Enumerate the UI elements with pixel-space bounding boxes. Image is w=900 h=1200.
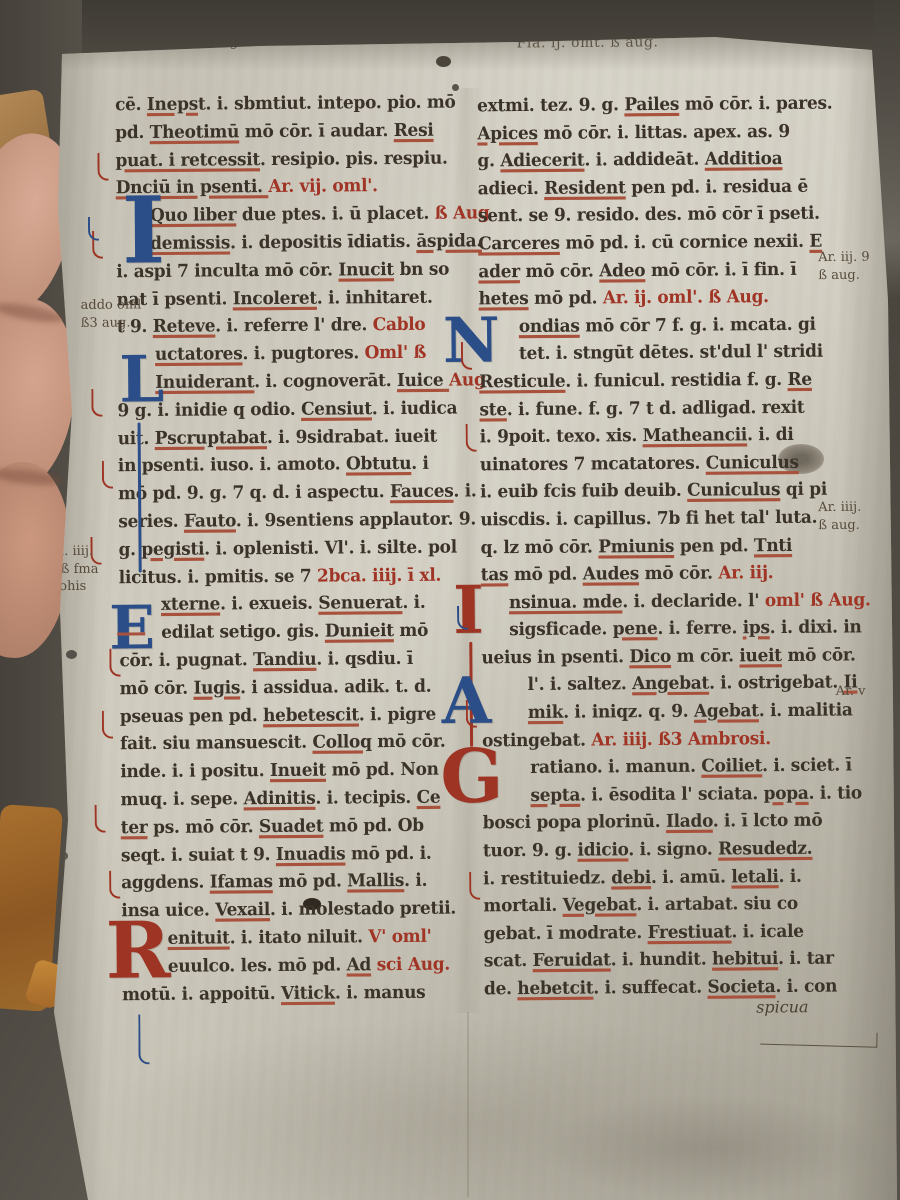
text-segment: . i. <box>453 481 476 502</box>
text-segment: Coiliet <box>701 756 762 777</box>
text-segment: Iugis <box>193 677 240 698</box>
text-line: Apices mō cōr. i. littas. apex. as. 9 <box>477 121 839 153</box>
text-line: 9 g. i. inidie q odio. Censiut. i. iudic… <box>117 398 467 430</box>
text-segment: mō pd. Ob <box>323 815 424 837</box>
text-segment: de. <box>484 978 518 999</box>
text-segment: mō cōr. <box>782 645 856 666</box>
catchword: spicua <box>756 997 809 1016</box>
text-segment: . i. itato niluit. <box>230 927 369 949</box>
text-segment: . i <box>411 454 429 475</box>
text-segment: Obtutu <box>346 454 411 475</box>
text-segment: Ar. ij. oml'. ß Aug. <box>603 287 769 309</box>
text-segment: t. i. sbmtiut. intepo. pio. mō <box>198 92 456 115</box>
text-segment: Resident <box>544 177 626 198</box>
text-segment: . i. oplenisti. Vl'. i. silte. pol <box>204 537 457 560</box>
text-line: tas mō pd. Audes mō cōr. Ar. iij. <box>481 562 843 594</box>
text-segment: Pmiunis <box>598 536 674 557</box>
text-segment: nsinua. mde <box>509 591 623 613</box>
initial-letter-I: I <box>122 194 166 268</box>
text-segment: . i. manus <box>335 982 426 1004</box>
text-segment: extmi. tez. 9. g. <box>477 95 624 117</box>
text-segment: . i. ī lcto mō <box>713 811 823 833</box>
pen-flourish-mark <box>461 342 472 370</box>
text-segment: uinatores 7 mcatatores. <box>480 453 706 476</box>
text-line: tet. i. stngūt dētes. st'dul l' stridi <box>479 341 841 373</box>
text-segment: Adiecerit <box>500 150 584 171</box>
text-segment: V' oml' <box>368 926 431 947</box>
text-segment: q. lz mō cōr. <box>480 536 598 558</box>
text-segment: . i. tio <box>808 783 862 804</box>
text-segment: . i. 9sidrabat. iueit <box>267 426 437 448</box>
pen-flourish-mark <box>466 700 477 728</box>
text-segment: . i. funicul. restidia f. g. <box>565 369 787 392</box>
text-segment: popa <box>764 783 809 804</box>
text-segment: Iuice <box>397 370 449 391</box>
text-segment: Ad <box>346 954 371 975</box>
text-segment: tuor. 9. g. <box>483 840 578 862</box>
text-segment: Tnti <box>754 535 792 556</box>
text-segment: sent. se 9. resido. des. mō cōr ī pseti. <box>478 203 820 226</box>
text-segment: mō pd. <box>528 288 603 309</box>
text-segment: mō pd. <box>508 564 583 585</box>
text-segment: i. 9poit. texo. xis. <box>480 426 643 448</box>
text-segment: ondias <box>519 316 580 337</box>
text-line: pd. Theotimū mō cōr. ī audar. Resi <box>115 120 465 152</box>
text-segment: Theotimū <box>150 121 240 143</box>
text-line: i. euib fcis fuib deuib. Cuniculus qi pi <box>480 479 842 511</box>
text-line: bosci popa plorinū. Ilado. i. ī lcto mō <box>483 810 845 842</box>
text-segment: . i. sciet. ī <box>762 755 852 777</box>
text-segment: . i. signo. <box>628 839 718 861</box>
text-line: ratiano. i. manun. Coiliet. i. sciet. ī <box>482 755 844 787</box>
text-segment: Adinitis <box>244 788 316 809</box>
text-segment: . i assidua. adik. t. d. <box>240 676 431 698</box>
text-segment: . i. molestado pretii. <box>270 898 456 920</box>
margin-note-line: Ar. iiij. <box>818 499 861 517</box>
text-line: muq. i. sepe. Adinitis. i. tecipis. Ce <box>120 787 470 819</box>
text-segment: due ptes. i. ū placet. <box>236 203 435 225</box>
text-segment: Carceres <box>478 233 560 254</box>
text-segment: Ar. iiij. ß3 Ambrosi. <box>591 728 771 750</box>
text-segment: . i. inhitaret. <box>317 287 433 309</box>
text-segment: Senuerat <box>318 593 402 614</box>
text-segment: oml' ß Aug. <box>765 589 871 611</box>
text-segment: enituit <box>168 928 230 949</box>
text-segment: i. restituiedz. <box>483 867 611 889</box>
text-segment: uit. <box>118 428 155 449</box>
margin-note: addo oml'ß3 aug. <box>81 296 146 332</box>
margin-note-line: Ar. iij. 9 <box>818 249 869 267</box>
text-segment: puat. i retcessit <box>115 149 260 171</box>
text-segment: ratiano. i. manun. <box>530 756 701 778</box>
margin-note-line: addo oml' <box>81 296 145 314</box>
text-column-right: extmi. tez. 9. g. Pailes mō cōr. i. pare… <box>477 93 846 1006</box>
text-segment: bosci popa plorinū. <box>483 812 666 834</box>
text-segment: Reteve <box>153 316 216 337</box>
text-segment: uctatores <box>155 344 243 365</box>
text-segment: mō pd. i. <box>345 843 431 864</box>
text-segment: . i. ferre. <box>657 618 742 639</box>
text-segment: Ce <box>417 787 441 808</box>
text-segment: mō pd. 9. g. 7 q. d. i aspectu. <box>118 482 390 505</box>
text-segment: . i. 9sentiens applautor. 9. <box>236 509 476 532</box>
text-segment: Cuniculus <box>687 480 780 502</box>
text-segment: hebetescit <box>263 704 359 726</box>
text-segment: pene <box>613 619 658 640</box>
text-segment: edilat setigo. gis. <box>161 621 325 643</box>
text-segment: gebat. ī modrate. <box>483 922 647 944</box>
pen-flourish-mark <box>91 389 102 417</box>
text-segment: ader <box>478 261 520 282</box>
pen-flourish-mark <box>138 1014 149 1064</box>
initial-letter-R: R <box>105 920 170 983</box>
text-line: ter ps. mō cōr. Suadet mō pd. Ob <box>121 815 471 847</box>
text-segment: 2bca. iiij. ī xl. <box>317 565 441 587</box>
text-line: euulco. les. mō pd. Ad sci Aug. <box>122 954 472 986</box>
text-segment: xterne <box>161 594 220 615</box>
text-segment: Tandiu <box>253 649 316 670</box>
text-segment: scat. <box>484 951 533 972</box>
text-segment: mō cōr 7 f. g. i. mcata. gi <box>580 314 816 337</box>
text-segment: in psenti. iuso. i. amoto. <box>118 454 346 477</box>
margin-note-line: Ar. v <box>836 683 866 701</box>
text-line: q. lz mō cōr. Pmiunis pen pd. Tnti <box>480 534 842 566</box>
text-segment: . i. referre l' dre. <box>215 315 373 337</box>
text-segment: Audes <box>583 564 639 585</box>
text-line: aggdens. Ifamas mō pd. Mallis. i. <box>121 870 471 902</box>
text-segment: . i. malitia <box>759 700 853 722</box>
pen-flourish-mark <box>469 872 480 900</box>
text-segment: mō pd. <box>273 871 348 892</box>
text-segment: . i. tar <box>778 948 834 969</box>
text-segment: Inucit <box>338 259 394 280</box>
text-line: edilat setigo. gis. Dunieit mō <box>119 620 469 652</box>
text-line: ste. i. fune. f. g. 7 t d. adligad. rexi… <box>479 396 841 428</box>
text-line: uctatores. i. pugtores. Oml' ß <box>117 342 467 374</box>
text-segment: tet. i. stngūt dētes. st'dul l' stridi <box>519 341 823 364</box>
text-segment: Incoleret <box>233 288 317 309</box>
catchword-bracket <box>760 1030 877 1048</box>
text-segment: . i. qsdiu. ī <box>316 648 413 670</box>
text-segment: mō pd. Non <box>326 759 439 781</box>
text-line: enituit. i. itato niluit. V' oml' <box>122 926 472 958</box>
text-segment: Adeo <box>599 260 645 281</box>
text-segment: ter <box>121 817 148 838</box>
text-segment: . i. ostrigebat. <box>709 672 844 694</box>
text-line: hetes mō pd. Ar. ij. oml'. ß Aug. <box>479 286 841 318</box>
text-segment: . resipio. pis. respiu. <box>260 148 448 170</box>
text-segment: g. <box>477 151 500 172</box>
text-line: series. Fauto. i. 9sentiens applautor. 9… <box>118 509 468 541</box>
text-line: uiscdis. i. capillus. 7b fi het tal' lut… <box>480 507 842 539</box>
text-segment: Ilado <box>666 811 713 832</box>
text-segment: Inuiderant <box>155 372 254 394</box>
text-segment: Oml' ß <box>364 342 426 363</box>
text-segment: sigsficade. <box>509 619 613 641</box>
text-line: inde. i. i positu. Inueit mō pd. Non <box>120 759 470 791</box>
text-segment: Vitick <box>281 982 335 1003</box>
initial-letter-G: G <box>440 748 504 808</box>
text-segment: mortali. <box>483 895 562 916</box>
text-segment: mō pd. i. cū cornice nexii. <box>560 231 810 254</box>
text-segment: . i. tecipis. <box>315 787 416 809</box>
text-line: sent. se 9. resido. des. mō cōr ī pseti. <box>478 203 840 235</box>
text-segment: idicio <box>577 840 628 861</box>
text-segment: Frestiuat <box>647 922 731 943</box>
text-line: in psenti. iuso. i. amoto. Obtutu. i <box>118 453 468 485</box>
parchment-page: Fia. vj. omt. ß aug. Fia. ij. omt. ß aug… <box>0 0 900 1200</box>
text-line: mō pd. 9. g. 7 q. d. i aspectu. Fauces. … <box>118 481 468 513</box>
text-segment: Ar. iij. <box>718 563 773 584</box>
text-segment: mō cōr. ī audar. <box>239 120 394 142</box>
text-segment: . i. cognoverāt. <box>254 370 397 392</box>
text-column-left: cē. Inepst. i. sbmtiut. intepo. pio. mōp… <box>115 92 472 1012</box>
text-segment: Feruidat <box>533 950 611 971</box>
text-segment: . i. icale <box>731 921 803 942</box>
initial-red-accent <box>117 632 145 635</box>
text-segment: euulco. les. mō pd. <box>168 955 347 977</box>
text-segment: Resi <box>394 120 434 141</box>
pen-flourish-mark <box>109 649 120 677</box>
pen-flourish-mark <box>109 871 120 899</box>
text-segment: septa <box>530 785 580 806</box>
text-segment: Ar. vij. oml'. <box>268 176 378 198</box>
text-segment: Suadet <box>259 816 324 837</box>
text-line: Resticule. i. funicul. restidia f. g. Re <box>479 369 841 401</box>
text-segment: tas <box>481 565 509 586</box>
text-line: Carceres mō pd. i. cū cornice nexii. E <box>478 231 840 263</box>
text-segment: series. <box>118 511 184 532</box>
text-segment: Dunieit <box>325 621 394 642</box>
pen-flourish-mark <box>95 805 106 833</box>
text-segment: Vegebat <box>562 895 636 916</box>
text-line: mō cōr. Iugis. i assidua. adik. t. d. <box>120 676 470 708</box>
margin-note-line: ß aug. <box>818 266 869 284</box>
text-segment: qi pi <box>780 479 827 500</box>
text-segment: āspida. <box>416 231 482 252</box>
pen-flourish-mark <box>102 711 113 739</box>
text-line: g. pegisti. i. oplenisti. Vl'. i. silte.… <box>118 537 468 569</box>
text-line: cōr. i. pugnat. Tandiu. i. qsdiu. ī <box>119 648 469 680</box>
text-line: Quo liber due ptes. i. ū placet. ß Aug <box>116 203 466 235</box>
text-segment: Cuniculus <box>706 452 799 474</box>
text-segment: Agebat <box>694 701 759 722</box>
text-segment: Dico <box>629 646 671 667</box>
text-segment: aggdens. <box>121 872 210 893</box>
text-segment: mō cōr. <box>120 678 194 699</box>
margin-note: Ar. v <box>836 683 866 701</box>
text-segment: pen pd. <box>674 535 754 556</box>
text-layer: Fia. vj. omt. ß aug. Fia. ij. omt. ß aug… <box>0 0 900 1200</box>
text-segment: Societa <box>707 976 775 997</box>
text-line: Inuiderant. i. cognoverāt. Iuice Aug <box>117 370 467 402</box>
manuscript-photo: Fia. vj. omt. ß aug. Fia. ij. omt. ß aug… <box>0 0 900 1200</box>
text-line: mik. i. iniqz. q. 9. Agebat. i. malitia <box>482 700 844 732</box>
text-segment: mik <box>528 702 563 723</box>
text-line: sigsficade. pene. i. ferre. ips. i. dixi… <box>481 617 843 649</box>
text-segment: mō cōr. i. pares. <box>679 93 832 115</box>
text-segment: Inuadis <box>276 843 346 864</box>
text-segment: . i. addideāt. <box>584 149 704 171</box>
text-segment: seqt. i. suiat t 9. <box>121 844 276 866</box>
text-segment: . i. pigre <box>359 704 436 725</box>
text-segment: Fauces <box>390 481 454 502</box>
initial-letter-E: E <box>109 604 155 652</box>
text-segment: pd. <box>115 122 150 143</box>
text-segment: pseuas pen pd. <box>120 705 263 727</box>
text-segment: sci Aug. <box>377 954 450 975</box>
text-line: extmi. tez. 9. g. Pailes mō cōr. i. pare… <box>477 93 839 125</box>
text-segment: pen pd. i. residua ē <box>626 176 808 198</box>
margin-note-line: ß3 aug. <box>81 314 145 332</box>
text-segment: mō <box>394 620 429 641</box>
pen-flourish-mark <box>466 424 477 452</box>
text-segment: adieci. <box>478 178 545 199</box>
text-segment: letali <box>731 866 778 887</box>
pen-flourish-mark <box>457 606 468 630</box>
text-segment: ips <box>743 618 770 639</box>
text-segment: . i. ēsodita l' sciata. <box>580 783 764 805</box>
text-segment: Matheancii <box>642 425 747 447</box>
text-line: Dnciū in psenti. Ar. vij. oml'. <box>116 175 466 207</box>
text-segment: . i. artabat. siu co <box>636 893 798 915</box>
text-segment: m cōr. <box>671 646 740 667</box>
text-line: g. Adiecerit. i. addideāt. Additioa <box>477 148 839 180</box>
text-segment: Resudedz. <box>718 838 813 860</box>
text-segment: ste <box>479 399 507 420</box>
text-segment: . i. fune. f. g. 7 t d. adligad. rexit <box>507 397 805 420</box>
text-segment: . i. iudica <box>372 398 458 419</box>
text-line: insa uice. Vexail. i. molestado pretii. <box>121 898 471 930</box>
text-segment: mō cōr. i. littas. apex. as. 9 <box>538 121 790 144</box>
text-segment: . i. amū. <box>651 866 732 887</box>
text-line: xterne. i. exueis. Senuerat. i. <box>119 592 469 624</box>
pen-flourish-mark <box>102 461 113 489</box>
text-line: fait. siu mansuescit. Colloq mō cōr. <box>120 731 470 763</box>
margin-note: Ar. iij. 9ß aug. <box>818 249 870 284</box>
text-segment: . i. dixi. in <box>770 617 862 639</box>
text-segment: . i. depositis īdiatis. <box>230 231 416 253</box>
text-segment: . i. <box>779 866 802 887</box>
text-segment: . i. exueis. <box>220 593 318 615</box>
text-line: mortali. Vegebat. i. artabat. siu co <box>483 893 845 925</box>
text-segment: ueius in psenti. <box>481 646 629 668</box>
text-segment: mō cōr. <box>520 260 600 281</box>
text-segment: debi <box>611 867 651 888</box>
text-segment: . i. suffecat. <box>593 977 707 999</box>
text-line: demissis. i. depositis īdiatis. āspida. <box>116 231 466 263</box>
text-line: l'. i. saltez. Angebat. i. ostrigebat. I… <box>482 672 844 704</box>
text-line: ader mō cōr. Adeo mō cōr. i. ī fin. ī <box>478 258 840 290</box>
text-segment: Pscruptabat <box>155 427 267 449</box>
margin-note: Ar. iiij.ß aug. <box>818 499 861 534</box>
text-segment: . i. declaride. l' <box>622 590 765 612</box>
text-segment: . i. hundit. <box>611 949 713 971</box>
margin-note-line: ß aug. <box>818 516 861 534</box>
text-segment: uiscdis. i. capillus. 7b fi het tal' lut… <box>480 507 817 530</box>
text-segment: . i. <box>402 593 425 614</box>
text-segment: . i. <box>404 871 427 892</box>
text-segment: cē. <box>115 94 147 115</box>
pen-flourish-mark <box>97 153 108 181</box>
text-segment: inde. i. i positu. <box>120 761 270 783</box>
text-segment: Cablo <box>373 315 426 336</box>
text-segment: . i. di <box>747 424 794 445</box>
text-line: tuor. 9. g. idicio. i. signo. Resudedz. <box>483 838 845 870</box>
text-segment: bn so <box>394 259 449 280</box>
text-segment: Colloq <box>312 732 371 753</box>
text-segment: Censiut <box>301 398 372 419</box>
text-segment: hebetcit <box>517 978 593 999</box>
text-line: i. aspi 7 inculta mō cōr. Inucit bn so <box>116 259 466 291</box>
text-segment: fait. siu mansuescit. <box>120 732 313 754</box>
text-segment: Vexail <box>215 900 270 921</box>
text-segment: ps. mō cōr. <box>147 816 259 838</box>
text-segment: Ineps <box>147 94 198 115</box>
text-segment: mō cōr. i. ī fin. ī <box>645 259 796 281</box>
text-segment: hebitui <box>712 949 778 970</box>
text-segment: . i. con <box>775 976 837 997</box>
text-segment: Inueit <box>270 760 326 781</box>
text-line: i. 9poit. texo. xis. Matheancii. i. di <box>480 424 842 456</box>
text-segment: mō cōr. <box>372 731 446 752</box>
text-line: scat. Feruidat. i. hundit. hebitui. i. t… <box>484 948 846 980</box>
text-segment: Angebat <box>632 673 709 694</box>
text-segment: Pailes <box>624 94 679 115</box>
pen-flourish-mark <box>88 217 99 241</box>
text-segment: Mallis <box>347 871 404 892</box>
text-segment: Re <box>787 369 812 390</box>
text-segment: . i. pugtores. <box>242 343 364 365</box>
text-segment: Fauto <box>184 511 236 532</box>
text-segment: pegisti <box>141 539 204 560</box>
text-segment: . i. iniqz. q. 9. <box>563 701 694 723</box>
text-line: t 9. Reteve. i. referre l' dre. Cablo <box>117 314 467 346</box>
text-segment: i. euib fcis fuib deuib. <box>480 480 687 502</box>
text-segment: licitus. i. pmitis. se 7 <box>119 566 317 588</box>
text-line: motū. i. appoitū. Vitick. i. manus <box>122 981 472 1013</box>
text-segment: mō cōr. <box>639 563 719 584</box>
text-segment: Additioa <box>705 149 783 170</box>
text-segment: Apices <box>477 123 538 144</box>
text-segment: l'. i. saltez. <box>528 674 633 696</box>
text-segment: muq. i. sepe. <box>120 789 243 811</box>
text-segment: iueit <box>739 645 782 666</box>
text-line: cē. Inepst. i. sbmtiut. intepo. pio. mō <box>115 92 465 124</box>
text-segment: Ifamas <box>210 872 273 893</box>
initial-letter-L: L <box>119 354 164 406</box>
